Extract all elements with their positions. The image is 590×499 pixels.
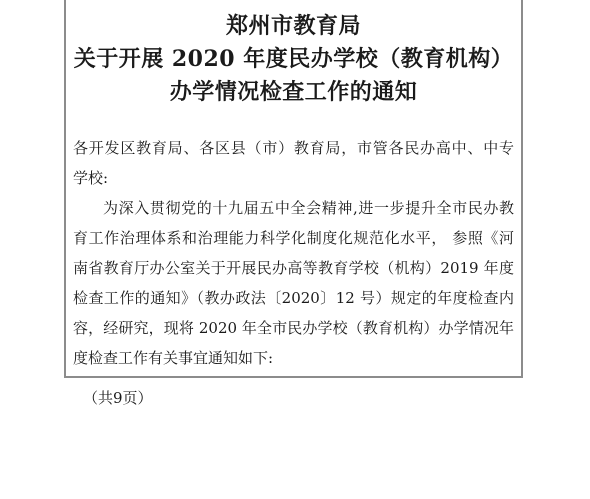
body-line-paragraph-1: 为深入贯彻党的十九届五中全会精神,进一步提升全市民办教 [73, 193, 514, 223]
title-line-2: 关于开展 2020 年度民办学校（教育机构） [66, 43, 521, 76]
page-count-note: （共9页） [83, 387, 153, 409]
body-line-paragraph-2: 育工作治理体系和治理能力科学化制度化规范化水平， 参照《河 [73, 223, 514, 253]
body-line-salutation-1: 各开发区教育局、各区县（市）教育局，市管各民办高中、中专 [73, 133, 514, 163]
title-line-1: 郑州市教育局 [66, 10, 521, 43]
body-line-paragraph-3: 南省教育厅办公室关于开展民办高等教育学校（机构）2019 年度 [73, 253, 514, 283]
title-line-3: 办学情况检查工作的通知 [66, 76, 521, 109]
document-page: 郑州市教育局 关于开展 2020 年度民办学校（教育机构） 办学情况检查工作的通… [0, 0, 590, 499]
document-title: 郑州市教育局 关于开展 2020 年度民办学校（教育机构） 办学情况检查工作的通… [66, 10, 521, 109]
document-body: 各开发区教育局、各区县（市）教育局，市管各民办高中、中专 学校: 为深入贯彻党的… [66, 133, 521, 373]
body-line-paragraph-5: 容，经研究，现将 2020 年全市民办学校（教育机构）办学情况年 [73, 313, 514, 343]
body-line-salutation-2: 学校: [73, 163, 514, 193]
body-line-paragraph-4: 检查工作的通知》（教办政法〔2020〕12 号）规定的年度检查内 [73, 283, 514, 313]
body-line-paragraph-6: 度检查工作有关事宜通知如下: [73, 343, 514, 373]
document-border-box: 郑州市教育局 关于开展 2020 年度民办学校（教育机构） 办学情况检查工作的通… [64, 0, 523, 378]
